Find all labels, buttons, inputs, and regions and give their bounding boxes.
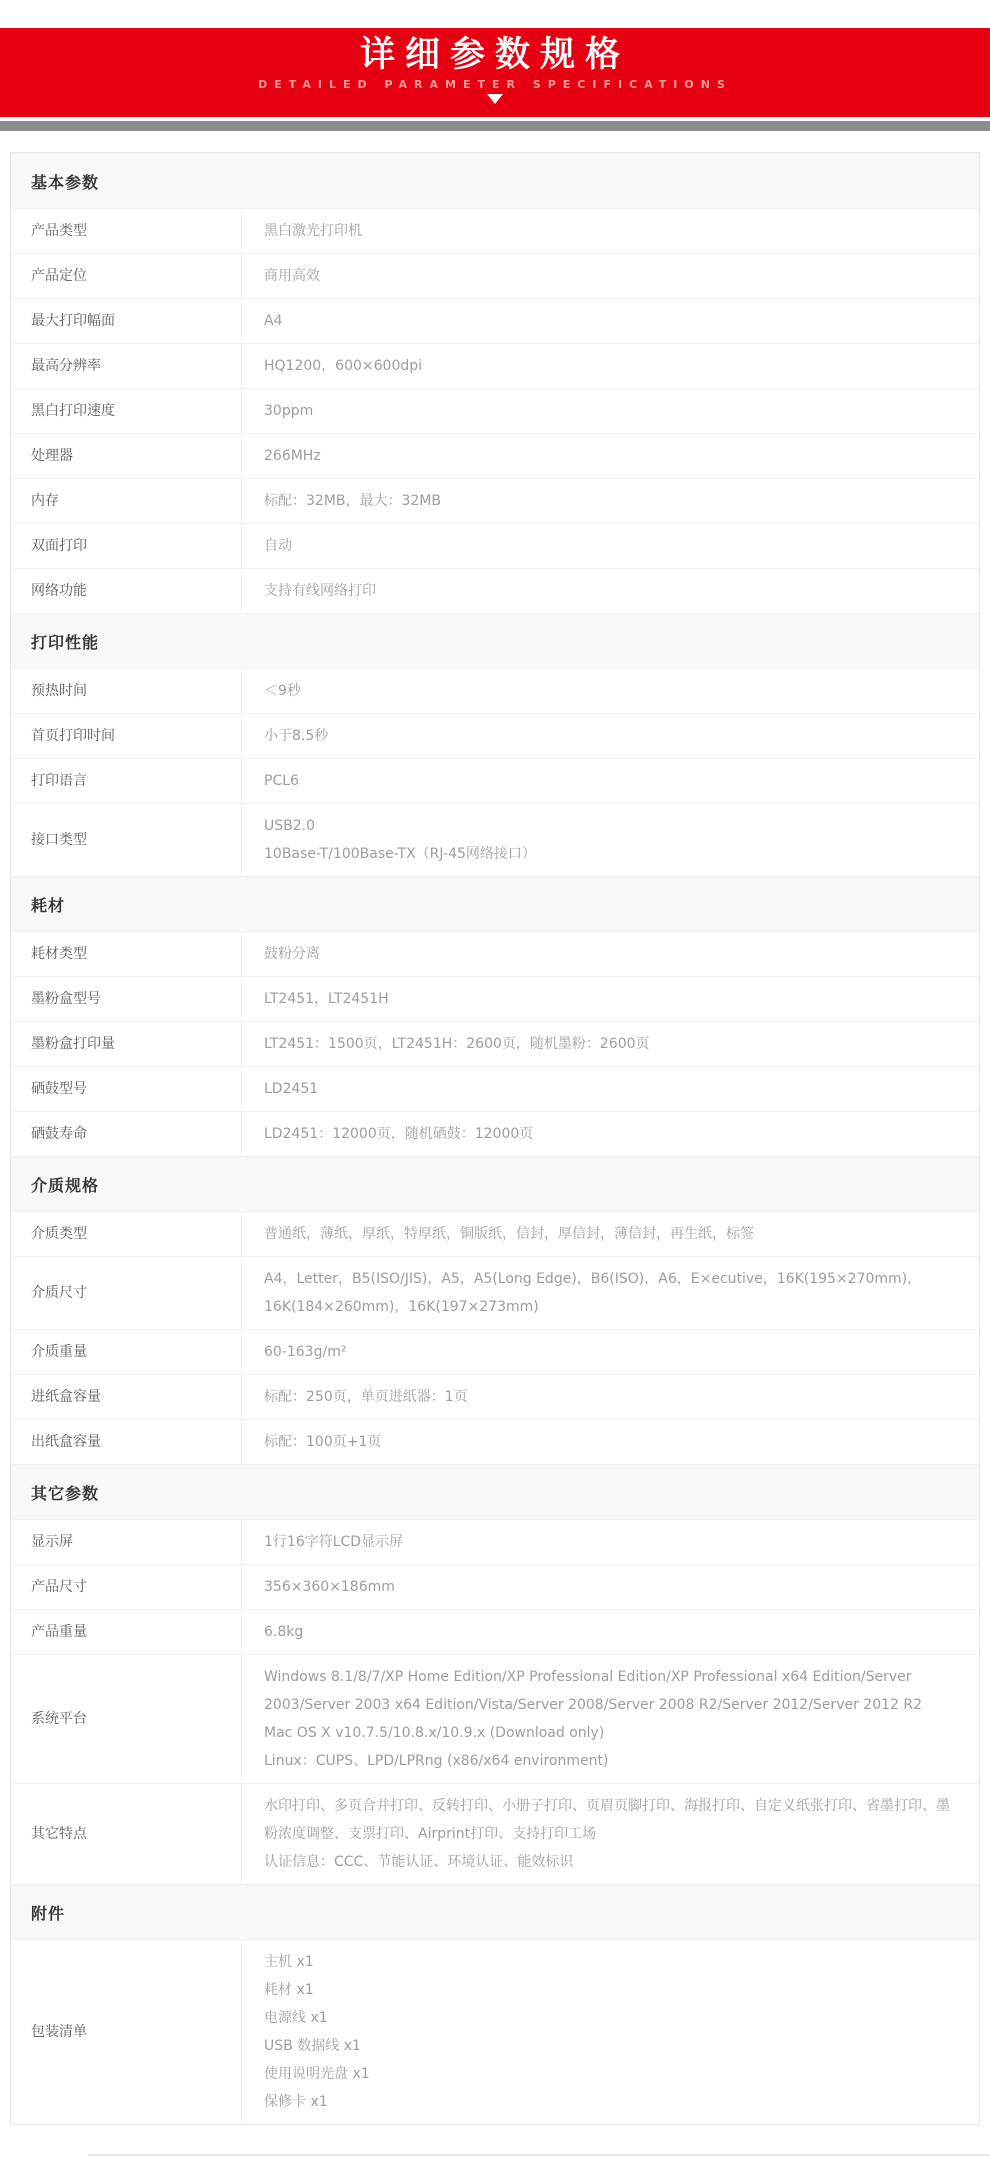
spec-row: 双面打印自动 — [11, 523, 979, 568]
spec-value-cell: A4，Letter，B5(ISO/JIS)，A5，A5(Long Edge)，B… — [242, 1257, 979, 1329]
spec-value-cell: 鼓粉分离 — [242, 932, 979, 976]
spec-label: 网络功能 — [31, 581, 87, 601]
spec-value-cell: 普通纸，薄纸，厚纸，特厚纸，铜版纸，信封，厚信封，薄信封，再生纸，标签 — [242, 1212, 979, 1256]
spec-label-cell: 包装清单 — [11, 1940, 242, 2124]
spec-row: 产品类型黑白激光打印机 — [11, 208, 979, 253]
spec-label: 耗材类型 — [31, 944, 87, 964]
spec-label-cell: 其它特点 — [11, 1784, 242, 1884]
spec-value-cell: 1行16字符LCD显示屏 — [242, 1520, 979, 1564]
spec-value-line: 认证信息：CCC、节能认证、环境认证、能效标识 — [264, 1848, 959, 1876]
spec-value-line: LD2451 — [264, 1075, 959, 1103]
spec-value-line: 保修卡 x1 — [264, 2088, 959, 2116]
spec-value-cell: 标配：32MB，最大：32MB — [242, 479, 979, 523]
spec-value-cell: 266MHz — [242, 434, 979, 478]
spec-label: 产品重量 — [31, 1622, 87, 1642]
spec-label: 最大打印幅面 — [31, 311, 115, 331]
spec-value-line: USB2.0 — [264, 812, 959, 840]
spec-label: 接口类型 — [31, 830, 87, 850]
spec-label: 介质重量 — [31, 1342, 87, 1362]
spec-value-cell: 60-163g/m² — [242, 1330, 979, 1374]
spec-value-line: LT2451，LT2451H — [264, 985, 959, 1013]
spec-value-cell: 黑白激光打印机 — [242, 209, 979, 253]
spec-panel: 基本参数产品类型黑白激光打印机产品定位商用高效最大打印幅面A4最高分辨率HQ12… — [10, 152, 980, 2125]
section-header: 耗材 — [11, 876, 979, 931]
spec-label: 双面打印 — [31, 536, 87, 556]
spec-value-line: 鼓粉分离 — [264, 940, 959, 968]
spec-value-cell: 商用高效 — [242, 254, 979, 298]
section-header: 打印性能 — [11, 613, 979, 668]
section-header: 基本参数 — [11, 153, 979, 208]
spec-label-cell: 预热时间 — [11, 669, 242, 713]
spec-row: 介质尺寸A4，Letter，B5(ISO/JIS)，A5，A5(Long Edg… — [11, 1256, 979, 1329]
spec-label: 产品类型 — [31, 221, 87, 241]
spec-label: 产品尺寸 — [31, 1577, 87, 1597]
section-header: 介质规格 — [11, 1156, 979, 1211]
spec-label: 黑白打印速度 — [31, 401, 115, 421]
section-title: 基本参数 — [31, 170, 99, 193]
spec-row: 介质重量60-163g/m² — [11, 1329, 979, 1374]
spec-label: 最高分辨率 — [31, 356, 101, 376]
spec-label-cell: 硒鼓寿命 — [11, 1112, 242, 1156]
spec-value-cell: USB2.010Base-T/100Base-TX（RJ-45网络接口） — [242, 804, 979, 876]
spec-value-line: A4，Letter，B5(ISO/JIS)，A5，A5(Long Edge)，B… — [264, 1265, 959, 1321]
spec-label-cell: 产品类型 — [11, 209, 242, 253]
banner-title: 详细参数规格 — [0, 28, 990, 75]
spec-label-cell: 首页打印时间 — [11, 714, 242, 758]
spec-value-cell: 主机 x1耗材 x1电源线 x1USB 数据线 x1使用说明光盘 x1保修卡 x… — [242, 1940, 979, 2124]
spec-row: 内存标配：32MB，最大：32MB — [11, 478, 979, 523]
spec-value-cell: ＜9秒 — [242, 669, 979, 713]
spec-value-cell: 标配：100页+1页 — [242, 1420, 979, 1464]
spec-value-cell: 30ppm — [242, 389, 979, 433]
spec-row: 介质类型普通纸，薄纸，厚纸，特厚纸，铜版纸，信封，厚信封，薄信封，再生纸，标签 — [11, 1211, 979, 1256]
spec-value-line: 1行16字符LCD显示屏 — [264, 1528, 959, 1556]
spec-label-cell: 网络功能 — [11, 569, 242, 613]
spec-label-cell: 内存 — [11, 479, 242, 523]
spec-value-line: LT2451：1500页，LT2451H：2600页，随机墨粉：2600页 — [264, 1030, 959, 1058]
spec-value-cell: 水印打印、多页合并打印、反转打印、小册子打印、页眉页脚打印、海报打印、自定义纸张… — [242, 1784, 979, 1884]
spec-label-cell: 介质类型 — [11, 1212, 242, 1256]
spec-value-line: 标配：250页，单页进纸器：1页 — [264, 1383, 959, 1411]
spec-label: 首页打印时间 — [31, 726, 115, 746]
spec-value-cell: PCL6 — [242, 759, 979, 803]
spec-value-cell: LD2451：12000页，随机硒鼓：12000页 — [242, 1112, 979, 1156]
spec-value-cell: LD2451 — [242, 1067, 979, 1111]
spec-row: 进纸盒容量标配：250页，单页进纸器：1页 — [11, 1374, 979, 1419]
section-header: 附件 — [11, 1884, 979, 1939]
spec-row: 显示屏1行16字符LCD显示屏 — [11, 1519, 979, 1564]
spec-label-cell: 最高分辨率 — [11, 344, 242, 388]
spec-label-cell: 介质尺寸 — [11, 1257, 242, 1329]
spec-row: 其它特点水印打印、多页合并打印、反转打印、小册子打印、页眉页脚打印、海报打印、自… — [11, 1783, 979, 1884]
spec-label-cell: 产品尺寸 — [11, 1565, 242, 1609]
spec-value-cell: 支持有线网络打印 — [242, 569, 979, 613]
spec-row: 包装清单主机 x1耗材 x1电源线 x1USB 数据线 x1使用说明光盘 x1保… — [11, 1939, 979, 2124]
spec-value-line: ＜9秒 — [264, 677, 959, 705]
spec-value-line: 商用高效 — [264, 262, 959, 290]
spec-row: 出纸盒容量标配：100页+1页 — [11, 1419, 979, 1464]
spec-row: 硒鼓型号LD2451 — [11, 1066, 979, 1111]
spec-value-line: HQ1200，600×600dpi — [264, 352, 959, 380]
spec-label-cell: 打印语言 — [11, 759, 242, 803]
spec-value-cell: 6.8kg — [242, 1610, 979, 1654]
spec-page: 详细参数规格 DETAILED PARAMETER SPECIFICATIONS… — [0, 0, 990, 2162]
spec-value-line: 水印打印、多页合并打印、反转打印、小册子打印、页眉页脚打印、海报打印、自定义纸张… — [264, 1792, 959, 1848]
spec-value-line: 使用说明光盘 x1 — [264, 2060, 959, 2088]
spec-row: 黑白打印速度30ppm — [11, 388, 979, 433]
spec-label: 介质类型 — [31, 1224, 87, 1244]
section-title: 耗材 — [31, 893, 65, 916]
spec-row: 最大打印幅面A4 — [11, 298, 979, 343]
spec-row: 耗材类型鼓粉分离 — [11, 931, 979, 976]
spec-label: 产品定位 — [31, 266, 87, 286]
spec-label: 出纸盒容量 — [31, 1432, 101, 1452]
spec-value-line: 小于8.5秒 — [264, 722, 959, 750]
triangle-down-icon — [487, 94, 503, 104]
spec-value-line: 6.8kg — [264, 1618, 959, 1646]
spec-value-line: 标配：100页+1页 — [264, 1428, 959, 1456]
banner: 详细参数规格 DETAILED PARAMETER SPECIFICATIONS — [0, 28, 990, 117]
spec-label-cell: 黑白打印速度 — [11, 389, 242, 433]
spec-row: 预热时间＜9秒 — [11, 668, 979, 713]
spec-value-cell: LT2451：1500页，LT2451H：2600页，随机墨粉：2600页 — [242, 1022, 979, 1066]
spec-label: 预热时间 — [31, 681, 87, 701]
spec-value-line: 标配：32MB，最大：32MB — [264, 487, 959, 515]
spec-row: 产品定位商用高效 — [11, 253, 979, 298]
spec-row: 打印语言PCL6 — [11, 758, 979, 803]
spec-label-cell: 进纸盒容量 — [11, 1375, 242, 1419]
spec-value-cell: 自动 — [242, 524, 979, 568]
spec-label: 墨粉盒打印量 — [31, 1034, 115, 1054]
spec-label-cell: 产品重量 — [11, 1610, 242, 1654]
spec-value-line: LD2451：12000页，随机硒鼓：12000页 — [264, 1120, 959, 1148]
banner-divider-bar — [0, 121, 990, 131]
spec-row: 接口类型USB2.010Base-T/100Base-TX（RJ-45网络接口） — [11, 803, 979, 876]
spec-row: 最高分辨率HQ1200，600×600dpi — [11, 343, 979, 388]
spec-label: 介质尺寸 — [31, 1283, 87, 1303]
banner-subtitle: DETAILED PARAMETER SPECIFICATIONS — [0, 78, 990, 91]
spec-label-cell: 处理器 — [11, 434, 242, 478]
spec-row: 网络功能支持有线网络打印 — [11, 568, 979, 613]
spec-value-line: 主机 x1 — [264, 1948, 959, 1976]
spec-value-cell: HQ1200，600×600dpi — [242, 344, 979, 388]
spec-label-cell: 双面打印 — [11, 524, 242, 568]
spec-label-cell: 最大打印幅面 — [11, 299, 242, 343]
spec-value-cell: Windows 8.1/8/7/XP Home Edition/XP Profe… — [242, 1655, 979, 1783]
spec-row: 硒鼓寿命LD2451：12000页，随机硒鼓：12000页 — [11, 1111, 979, 1156]
spec-label-cell: 出纸盒容量 — [11, 1420, 242, 1464]
spec-value-cell: 小于8.5秒 — [242, 714, 979, 758]
spec-value-line: 266MHz — [264, 442, 959, 470]
spec-label-cell: 耗材类型 — [11, 932, 242, 976]
section-title: 打印性能 — [31, 630, 99, 653]
spec-row: 处理器266MHz — [11, 433, 979, 478]
spec-value-line: 支持有线网络打印 — [264, 577, 959, 605]
spec-value-line: 30ppm — [264, 397, 959, 425]
spec-label: 显示屏 — [31, 1532, 73, 1552]
spec-value-line: 10Base-T/100Base-TX（RJ-45网络接口） — [264, 840, 959, 868]
spec-value-line: 黑白激光打印机 — [264, 217, 959, 245]
spec-value-line: 耗材 x1 — [264, 1976, 959, 2004]
spec-row: 墨粉盒型号LT2451，LT2451H — [11, 976, 979, 1021]
spec-value-line: 356×360×186mm — [264, 1573, 959, 1601]
spec-row: 墨粉盒打印量LT2451：1500页，LT2451H：2600页，随机墨粉：26… — [11, 1021, 979, 1066]
spec-label-cell: 墨粉盒打印量 — [11, 1022, 242, 1066]
spec-row: 产品重量6.8kg — [11, 1609, 979, 1654]
spec-label-cell: 硒鼓型号 — [11, 1067, 242, 1111]
section-header: 其它参数 — [11, 1464, 979, 1519]
bottom-divider-line — [88, 2154, 990, 2156]
spec-value-cell: LT2451，LT2451H — [242, 977, 979, 1021]
spec-row: 产品尺寸356×360×186mm — [11, 1564, 979, 1609]
spec-label: 系统平台 — [31, 1709, 87, 1729]
spec-value-line: A4 — [264, 307, 959, 335]
spec-value-line: USB 数据线 x1 — [264, 2032, 959, 2060]
spec-value-line: PCL6 — [264, 767, 959, 795]
spec-row: 系统平台Windows 8.1/8/7/XP Home Edition/XP P… — [11, 1654, 979, 1783]
spec-label: 处理器 — [31, 446, 73, 466]
section-title: 附件 — [31, 1901, 65, 1924]
spec-value-line: 自动 — [264, 532, 959, 560]
spec-label-cell: 显示屏 — [11, 1520, 242, 1564]
spec-value-line: 电源线 x1 — [264, 2004, 959, 2032]
section-title: 介质规格 — [31, 1173, 99, 1196]
spec-label: 硒鼓型号 — [31, 1079, 87, 1099]
spec-label: 打印语言 — [31, 771, 87, 791]
spec-value-line: Windows 8.1/8/7/XP Home Edition/XP Profe… — [264, 1663, 959, 1719]
spec-label: 内存 — [31, 491, 59, 511]
spec-label: 进纸盒容量 — [31, 1387, 101, 1407]
spec-label-cell: 系统平台 — [11, 1655, 242, 1783]
spec-value-cell: 标配：250页，单页进纸器：1页 — [242, 1375, 979, 1419]
spec-label-cell: 接口类型 — [11, 804, 242, 876]
spec-label-cell: 墨粉盒型号 — [11, 977, 242, 1021]
spec-value-cell: A4 — [242, 299, 979, 343]
spec-value-line: 60-163g/m² — [264, 1338, 959, 1366]
spec-label: 墨粉盒型号 — [31, 989, 101, 1009]
spec-label-cell: 介质重量 — [11, 1330, 242, 1374]
spec-row: 首页打印时间小于8.5秒 — [11, 713, 979, 758]
spec-label: 硒鼓寿命 — [31, 1124, 87, 1144]
spec-value-line: 普通纸，薄纸，厚纸，特厚纸，铜版纸，信封，厚信封，薄信封，再生纸，标签 — [264, 1220, 959, 1248]
spec-value-line: Linux：CUPS、LPD/LPRng (x86/x64 environmen… — [264, 1747, 959, 1775]
spec-label: 其它特点 — [31, 1824, 87, 1844]
spec-value-line: Mac OS X v10.7.5/10.8.x/10.9.x (Download… — [264, 1719, 959, 1747]
spec-value-cell: 356×360×186mm — [242, 1565, 979, 1609]
spec-label: 包装清单 — [31, 2022, 87, 2042]
section-title: 其它参数 — [31, 1481, 99, 1504]
spec-label-cell: 产品定位 — [11, 254, 242, 298]
